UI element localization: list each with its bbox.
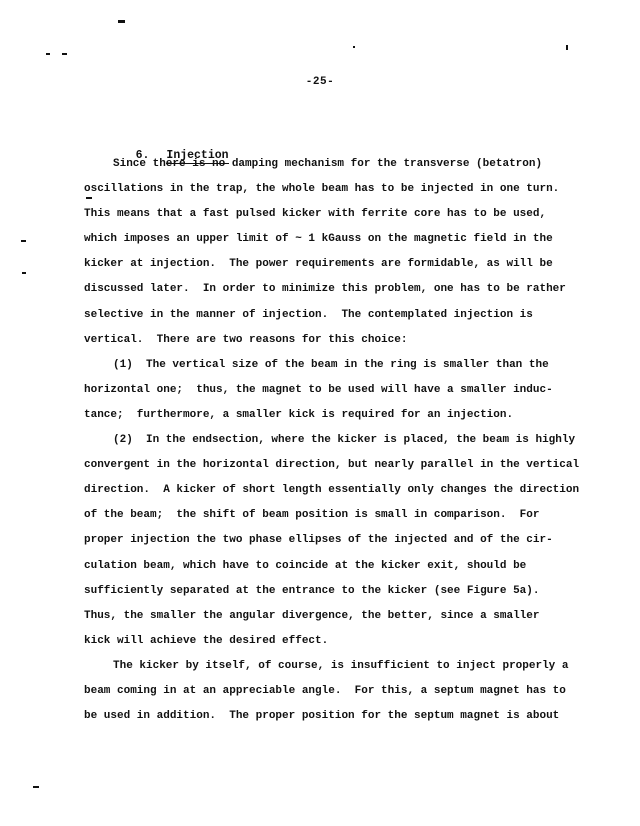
text-line: culation beam, which have to coincide at…: [84, 554, 624, 579]
text-line: oscillations in the trap, the whole beam…: [84, 177, 624, 202]
text-line: direction. A kicker of short length esse…: [84, 478, 624, 503]
scan-speck: [353, 46, 355, 48]
text-line: Thus, the smaller the angular divergence…: [84, 604, 624, 629]
text-line: This means that a fast pulsed kicker wit…: [84, 202, 624, 227]
text-line: (2) In the endsection, where the kicker …: [84, 428, 624, 453]
text-line: vertical. There are two reasons for this…: [84, 328, 624, 353]
text-line: (1) The vertical size of the beam in the…: [84, 353, 624, 378]
text-line: convergent in the horizontal direction, …: [84, 453, 624, 478]
text-line: horizontal one; thus, the magnet to be u…: [84, 378, 624, 403]
scan-speck: [118, 20, 125, 23]
document-body: Since there is no damping mechanism for …: [84, 152, 624, 729]
text-line: tance; furthermore, a smaller kick is re…: [84, 403, 624, 428]
scan-speck: [21, 240, 26, 242]
scan-speck: [22, 272, 26, 274]
text-line: which imposes an upper limit of ~ 1 kGau…: [84, 227, 624, 252]
scan-speck: [33, 786, 39, 788]
scan-speck: [46, 53, 50, 55]
text-line: kicker at injection. The power requireme…: [84, 252, 624, 277]
text-line: sufficiently separated at the entrance t…: [84, 579, 624, 604]
page-number: -25-: [0, 76, 640, 88]
text-line: of the beam; the shift of beam position …: [84, 503, 624, 528]
scanned-document-page: -25- 6.Injection Since there is no dampi…: [0, 0, 640, 826]
text-line: discussed later. In order to minimize th…: [84, 277, 624, 302]
text-line: kick will achieve the desired effect.: [84, 629, 624, 654]
text-line: proper injection the two phase ellipses …: [84, 528, 624, 553]
scan-speck: [62, 53, 67, 55]
scan-speck: [86, 197, 92, 199]
text-line: The kicker by itself, of course, is insu…: [84, 654, 624, 679]
text-line: selective in the manner of injection. Th…: [84, 303, 624, 328]
scan-speck: [566, 45, 568, 50]
text-line: beam coming in at an appreciable angle. …: [84, 679, 624, 704]
text-line: Since there is no damping mechanism for …: [84, 152, 624, 177]
text-line: be used in addition. The proper position…: [84, 704, 624, 729]
